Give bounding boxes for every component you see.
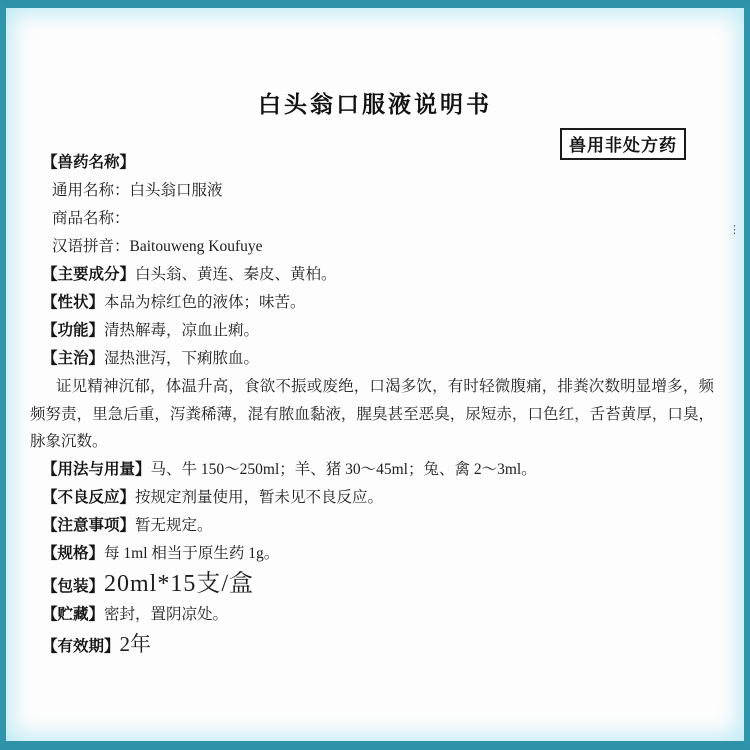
section-indication: 【主治】湿热泄泻，下痢脓血。: [42, 345, 714, 373]
section-packaging: 【包装】20ml*15支/盒: [42, 568, 714, 601]
pinyin-text: 汉语拼音：Baitouweng Koufuye: [52, 238, 263, 255]
section-precautions: 【注意事项】暂无规定。: [42, 512, 714, 540]
section-text: 本品为棕红色的液体；味苦。: [104, 294, 306, 311]
generic-name-line: 通用名称：白头翁口服液: [42, 177, 714, 205]
section-label: 【注意事项】: [42, 517, 135, 534]
section-dosage: 【用法与用量】马、牛 150～250ml；羊、猪 30～45ml；兔、禽 2～3…: [42, 456, 714, 484]
section-text: 清热解毒，凉血止痢。: [104, 322, 259, 339]
section-text: 暂无规定。: [135, 517, 213, 534]
trade-name-line: 商品名称：: [42, 205, 714, 233]
section-label: 【主要成分】: [42, 266, 135, 283]
section-label: 【有效期】: [42, 638, 120, 655]
trade-name-text: 商品名称：: [52, 210, 130, 227]
section-text: 按规定剂量使用，暂未见不良反应。: [135, 489, 383, 506]
section-text: 马、牛 150～250ml；羊、猪 30～45ml；兔、禽 2～3ml。: [151, 461, 537, 478]
section-character: 【性状】本品为棕红色的液体；味苦。: [42, 289, 714, 317]
section-label: 【主治】: [42, 350, 104, 367]
section-label: 【规格】: [42, 545, 104, 562]
section-label: 【包装】: [42, 578, 104, 595]
section-text: 每 1ml 相当于原生药 1g。: [104, 545, 279, 562]
page-title: 白头翁口服液说明书: [0, 86, 750, 119]
section-expiry: 【有效期】2年: [42, 629, 714, 659]
expiry-value: 2年: [120, 632, 152, 656]
packaging-value: 20ml*15支/盒: [104, 571, 254, 597]
vertical-ellipsis-icon: ⋮: [729, 224, 740, 235]
section-label: 【贮藏】: [42, 606, 104, 623]
section-label: 【用法与用量】: [42, 461, 151, 478]
pinyin-line: 汉语拼音：Baitouweng Koufuye: [42, 233, 714, 261]
section-specification: 【规格】每 1ml 相当于原生药 1g。: [42, 540, 714, 568]
section-label: 【功能】: [42, 322, 104, 339]
section-label: 【不良反应】: [42, 489, 135, 506]
section-ingredients: 【主要成分】白头翁、黄连、秦皮、黄柏。: [42, 261, 714, 289]
indication-detail-paragraph: 证见精神沉郁，体温升高，食欲不振或废绝，口渴多饮，有时轻微腹痛，排粪次数明显增多…: [30, 373, 714, 456]
section-label: 【兽药名称】: [42, 154, 135, 171]
section-text: 密封，置阴凉处。: [104, 606, 228, 623]
document-page: 白头翁口服液说明书 兽用非处方药 【兽药名称】 通用名称：白头翁口服液 商品名称…: [0, 0, 750, 750]
generic-name-text: 通用名称：白头翁口服液: [52, 182, 223, 199]
otc-badge: 兽用非处方药: [560, 128, 686, 160]
section-storage: 【贮藏】密封，置阴凉处。: [42, 601, 714, 629]
section-label: 【性状】: [42, 294, 104, 311]
document-body: 【兽药名称】 通用名称：白头翁口服液 商品名称： 汉语拼音：Baitouweng…: [42, 149, 714, 659]
section-text: 白头翁、黄连、秦皮、黄柏。: [135, 266, 337, 283]
section-function: 【功能】清热解毒，凉血止痢。: [42, 317, 714, 345]
section-adverse-reactions: 【不良反应】按规定剂量使用，暂未见不良反应。: [42, 484, 714, 512]
section-text: 湿热泄泻，下痢脓血。: [104, 350, 259, 367]
